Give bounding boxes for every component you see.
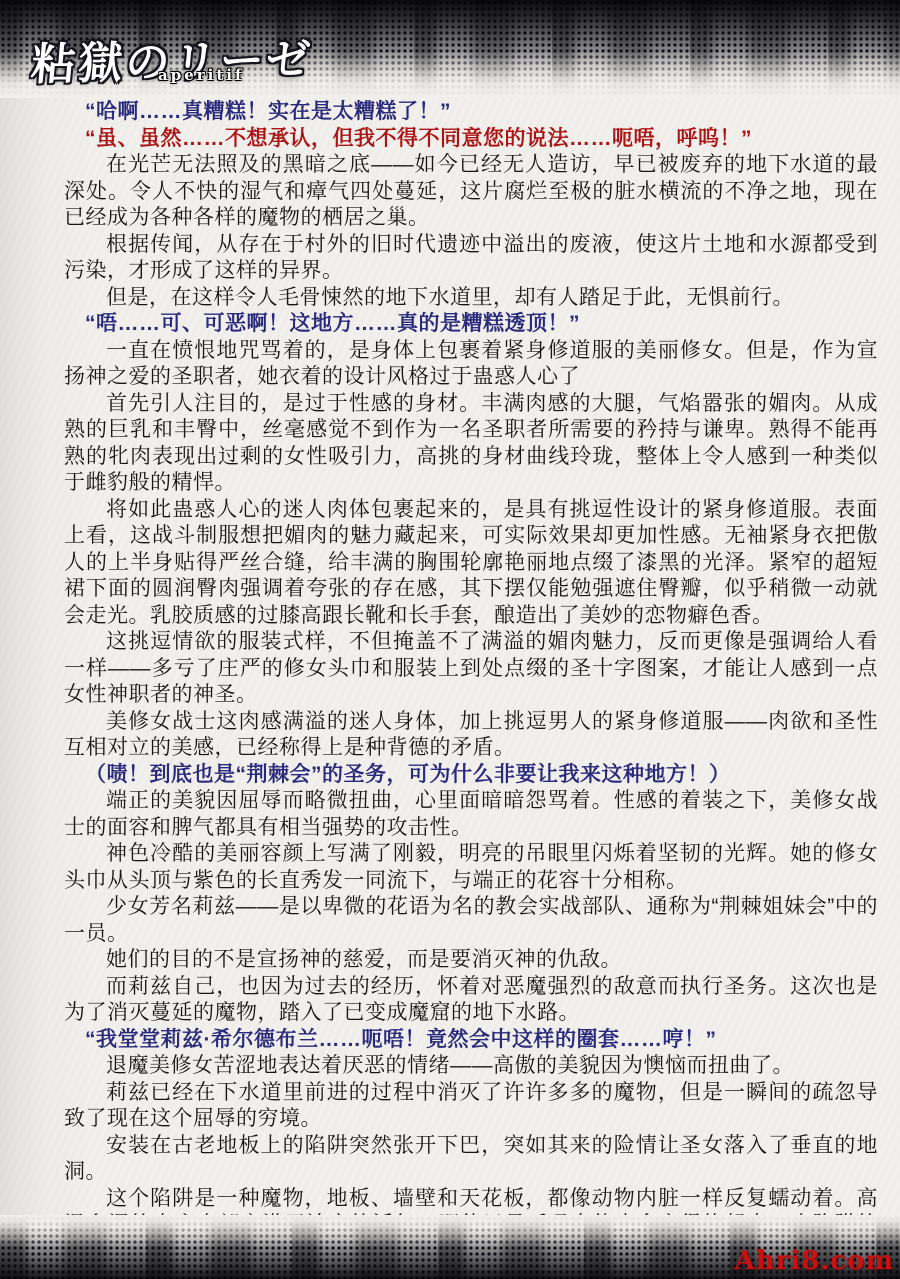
narration-paragraph: 但是，在这样令人毛骨悚然的地下水道里，却有人踏足于此，无惧前行。: [64, 285, 878, 312]
narration-paragraph: 而莉兹自己，也因为过去的经历，怀着对恶魔强烈的敌意而执行圣务。这次也是为了消灭蔓…: [64, 974, 878, 1027]
narration-paragraph: 这个陷阱是一种魔物，地板、墙壁和天花板，都像动物内脏一样反复蠕动着。高温多湿的肉…: [64, 1186, 878, 1216]
site-watermark: Ahri8.com: [735, 1246, 894, 1276]
narration-paragraph: 退魔美修女苦涩地表达着厌恶的情绪——高傲的美貌因为懊恼而扭曲了。: [64, 1053, 878, 1080]
dialogue-paragraph: “虽、虽然……不想承认，但我不得不同意您的说法……呃唔，呼呜！”: [64, 126, 878, 153]
narration-paragraph: 莉兹已经在下水道里前进的过程中消灭了许许多多的魔物，但是一瞬间的疏忽导致了现在这…: [64, 1080, 878, 1133]
narration-paragraph: 这挑逗情欲的服装式样，不但掩盖不了满溢的媚肉魅力，反而更像是强调给人看一样——多…: [64, 629, 878, 709]
header-halftone-banner: 粘獄のリーゼ aperitif: [0, 0, 900, 98]
narration-paragraph: 少女芳名莉兹——是以卑微的花语为名的教会实战部队、通称为“荆棘姐妹会”中的一员。: [64, 894, 878, 947]
dialogue-paragraph: “哈啊……真糟糕！实在是太糟糕了！”: [64, 99, 878, 126]
narration-paragraph: 美修女战士这肉感满溢的迷人身体，加上挑逗男人的紧身修道服——肉欲和圣性互相对立的…: [64, 709, 878, 762]
series-title-subtitle: aperitif: [158, 66, 244, 84]
dialogue-paragraph: “唔……可、可恶啊！这地方……真的是糟糕透顶！”: [64, 311, 878, 338]
narration-paragraph: 在光芒无法照及的黑暗之底——如今已经无人造访，早已被废弃的地下水道的最深处。令人…: [64, 152, 878, 232]
narration-paragraph: 根据传闻，从存在于村外的旧时代遗迹中溢出的废液，使这片土地和水源都受到污染，才形…: [64, 232, 878, 285]
narration-paragraph: 首先引人注目的，是过于性感的身材。丰满肉感的大腿，气焰嚣张的媚肉。从成熟的巨乳和…: [64, 391, 878, 497]
novel-page: 粘獄のリーゼ aperitif “哈啊……真糟糕！实在是太糟糕了！”“虽、虽然……: [0, 0, 900, 1279]
narration-paragraph: 安装在古老地板上的陷阱突然张开下巴，突如其来的险情让圣女落入了垂直的地洞。: [64, 1133, 878, 1186]
narration-paragraph: 端正的美貌因屈辱而略微扭曲，心里面暗暗怨骂着。性感的着装之下，美修女战士的面容和…: [64, 788, 878, 841]
dialogue-paragraph: “我堂堂莉兹·希尔德布兰……呃唔！竟然会中这样的圈套……哼！”: [64, 1027, 878, 1054]
dialogue-paragraph: （啧！到底也是“荆棘会”的圣务，可为什么非要让我来这种地方！）: [64, 762, 878, 789]
narration-paragraph: 她们的目的不是宣扬神的慈爱，而是要消灭神的仇敌。: [64, 947, 878, 974]
narration-paragraph: 一直在愤恨地咒骂着的，是身体上包裹着紧身修道服的美丽修女。但是，作为宣扬神之爱的…: [64, 338, 878, 391]
narration-paragraph: 神色冷酷的美丽容颜上写满了刚毅，明亮的吊眼里闪烁着坚韧的光辉。她的修女头巾从头顶…: [64, 841, 878, 894]
narration-paragraph: 将如此蛊惑人心的迷人肉体包裹起来的，是具有挑逗性设计的紧身修道服。表面上看，这战…: [64, 497, 878, 630]
footer-halftone-banner: Ahri8.com: [0, 1215, 900, 1279]
body-text: “哈啊……真糟糕！实在是太糟糕了！”“虽、虽然……不想承认，但我不得不同意您的说…: [0, 98, 900, 1215]
